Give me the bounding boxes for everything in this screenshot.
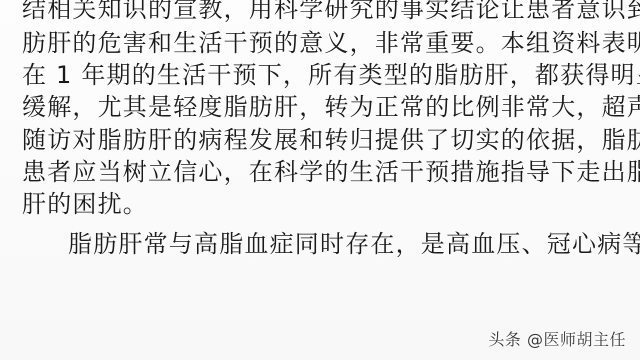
text-line-2: 肪肝的危害和生活干预的意义，非常重要。本组资料表明， (22, 28, 634, 58)
text-line-7: 肝的困扰。 (22, 189, 148, 219)
text-line-4: 缓解，尤其是轻度脂肪肝，转为正常的比例非常大，超声检查 (22, 92, 634, 122)
paragraph-2-line-1: 脂肪肝常与高脂血症同时存在，是高血压、冠心病等心 (68, 229, 634, 259)
watermark: 头条 @医师胡主任 (488, 330, 626, 350)
text-line-5: 随访对脂肪肝的病程发展和转归提供了切实的依据，脂肪肝 (22, 125, 634, 155)
document-page: 结相关知识的宣教，用科学研究的事实结论让患者意识到脂 肪肝的危害和生活干预的意义… (0, 0, 640, 360)
text-line-1: 结相关知识的宣教，用科学研究的事实结论让患者意识到脂 (22, 0, 634, 24)
text-line-6: 患者应当树立信心，在科学的生活干预措施指导下走出脂肪 (22, 157, 634, 187)
text-line-3: 在 1 年期的生活干预下，所有类型的脂肪肝，都获得明显的 (22, 60, 634, 90)
